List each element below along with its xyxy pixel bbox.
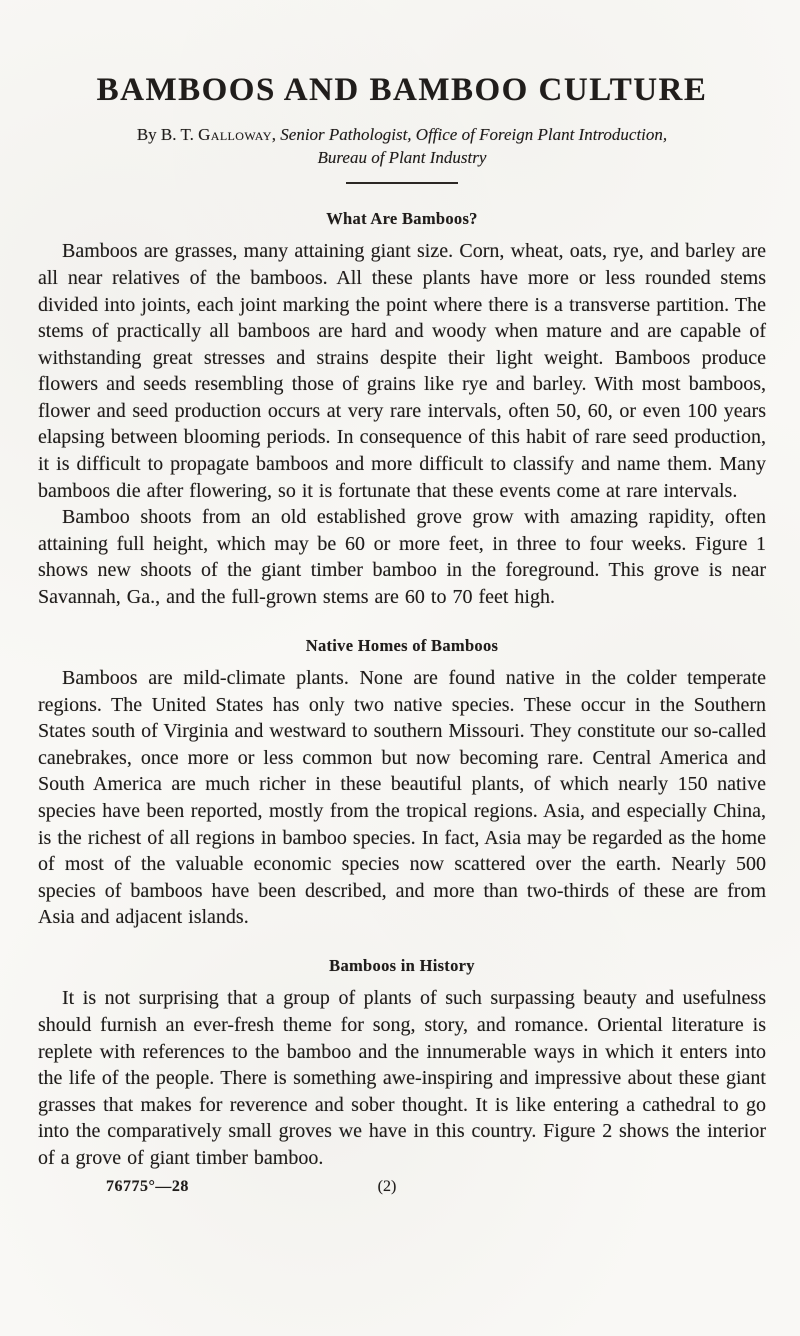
author-name: Galloway (198, 125, 272, 144)
paragraph: It is not surprising that a group of pla… (38, 985, 766, 1171)
section-heading-native-homes: Native Homes of Bamboos (38, 635, 766, 656)
section-divider (346, 182, 458, 184)
section-heading-bamboos-in-history: Bamboos in History (38, 955, 766, 976)
byline-separator: , (272, 125, 281, 144)
byline-prefix: By B. T. (137, 125, 198, 144)
page-number: (2) (38, 1178, 736, 1196)
document-title: BAMBOOS AND BAMBOO CULTURE (38, 74, 766, 107)
page-footer: 76775°—28 (2) (38, 1178, 766, 1204)
paragraph: Bamboos are grasses, many attaining gian… (38, 238, 766, 504)
section-heading-what-are-bamboos: What Are Bamboos? (38, 208, 766, 229)
paragraph: Bamboos are mild-climate plants. None ar… (38, 665, 766, 931)
byline-affiliation-line2: Bureau of Plant Industry (318, 148, 487, 167)
byline-affiliation-line1: Senior Pathologist, Office of Foreign Pl… (280, 125, 667, 144)
byline: By B. T. Galloway, Senior Pathologist, O… (38, 124, 766, 170)
paragraph: Bamboo shoots from an old established gr… (38, 504, 766, 610)
document-page: BAMBOOS AND BAMBOO CULTURE By B. T. Gall… (0, 0, 800, 1336)
